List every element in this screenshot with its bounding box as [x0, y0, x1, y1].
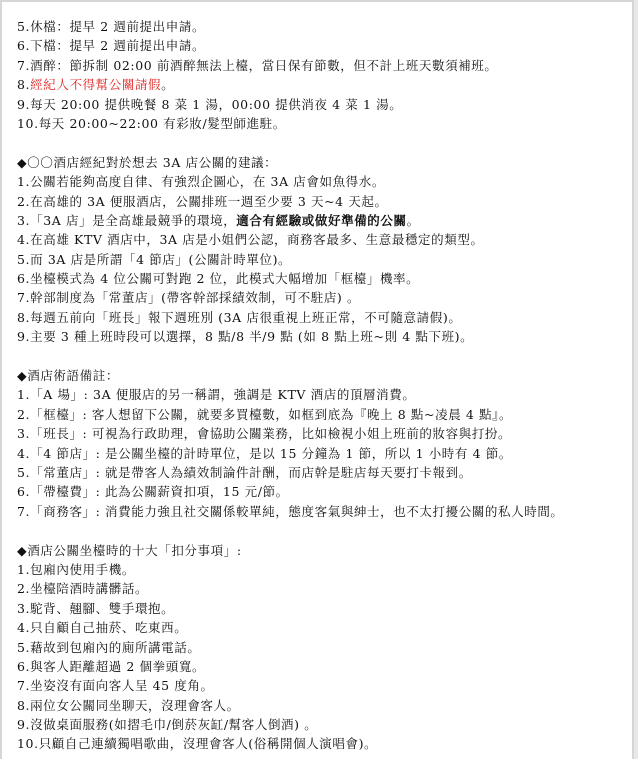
deduction-item-5: 5.藉故到包廂內的廁所講電話。 [17, 638, 627, 657]
item-number: 2. [17, 581, 30, 596]
rule-item-8: 8.經紀人不得幫公關請假。 [17, 75, 627, 94]
rule-item-10: 10.每天 20:00~22:00 有彩妝/髮型師進駐。 [17, 114, 627, 133]
item-number: 7. [17, 678, 30, 693]
item-number: 5. [17, 465, 30, 480]
item-number: 6. [17, 271, 30, 286]
item-number: 10. [17, 116, 39, 131]
item-number: 6. [17, 484, 30, 499]
rule-item-6: 6.下檔：提早 2 週前提出申請。 [17, 36, 627, 55]
item-text: 「4 節店」: 是公關坐檯的計時單位，是以 15 分鐘為 1 節，所以 1 小時… [30, 446, 512, 461]
item-number: 8. [17, 77, 30, 92]
term-item-5: 5.「常董店」: 就是帶客人為績效制論件計酬，而店幹是駐店每天要打卡報到。 [17, 463, 627, 482]
item-text: 坐檯陪酒時講髒話。 [30, 581, 148, 596]
item-text: 「商務客」: 消費能力強且社交關係較單純，態度客氣與紳士，也不太打擾公關的私人時… [30, 504, 563, 519]
item-text: 「框檯」: 客人想留下公關，就要多買檯數，如框到底為『晚上 8 點~凌晨 4 點… [30, 407, 512, 422]
item-number: 8. [17, 698, 30, 713]
document-page: 5.休檔：提早 2 週前提出申請。 6.下檔：提早 2 週前提出申請。 7.酒醉… [0, 0, 634, 759]
rule-item-9: 9.每天 20:00 提供晚餐 8 菜 1 湯，00:00 提供消夜 4 菜 1… [17, 95, 627, 114]
advice-item-4: 4.在高雄 KTV 酒店中，3A 店是小姐們公認，商務客最多、生意最穩定的類型。 [17, 230, 627, 249]
item-number: 6. [17, 38, 30, 53]
item-text: 包廂內使用手機。 [30, 562, 135, 577]
advice-item-2: 2.在高雄的 3A 便服酒店，公關排班一週至少要 3 天~4 天起。 [17, 192, 627, 211]
term-item-1: 1.「A 場」: 3A 便服店的另一稱謂，強調是 KTV 酒店的頂層消費。 [17, 385, 627, 404]
item-number: 4. [17, 446, 30, 461]
item-text: 兩位女公關同坐聊天，沒理會客人。 [30, 698, 240, 713]
term-item-2: 2.「框檯」: 客人想留下公關，就要多買檯數，如框到底為『晚上 8 點~凌晨 4… [17, 405, 627, 424]
deduction-item-10: 10.只顧自己連續獨唱歌曲，沒理會客人(俗稱開個人演唱會)。 [17, 734, 627, 753]
bold-emphasis-text: 適合有經驗或做好準備的公關 [236, 213, 406, 228]
highlighted-warning-text: 經紀人不得幫公關請假 [30, 77, 161, 92]
term-item-4: 4.「4 節店」: 是公關坐檯的計時單位，是以 15 分鐘為 1 節，所以 1 … [17, 444, 627, 463]
deduction-item-1: 1.包廂內使用手機。 [17, 560, 627, 579]
item-number: 5. [17, 640, 30, 655]
item-text: 酒醉：節拆制 02:00 前酒醉無法上檯，當日保有節數，但不計上班天數須補班。 [30, 58, 497, 73]
deduction-item-6: 6.與客人距離超過 2 個拳頭寬。 [17, 657, 627, 676]
item-text: 每週五前向「班長」報下週班別 (3A 店很重視上班正常，不可隨意請假)。 [30, 310, 461, 325]
deductions-section-heading: ◆酒店公關坐檯時的十大「扣分事項」: [17, 541, 627, 560]
deduction-item-4: 4.只自顧自己抽菸、吃東西。 [17, 618, 627, 637]
item-number: 5. [17, 19, 30, 34]
item-text: 每天 20:00 提供晚餐 8 菜 1 湯，00:00 提供消夜 4 菜 1 湯… [30, 97, 402, 112]
item-number: 3. [17, 213, 30, 228]
deduction-item-9: 9.沒做桌面服務(如摺毛巾/倒菸灰缸/幫客人倒酒) 。 [17, 715, 627, 734]
advice-item-3: 3.「3A 店」是全高雄最競爭的環境，適合有經驗或做好準備的公關。 [17, 211, 627, 230]
advice-item-1: 1.公關若能夠高度自律、有強烈企圖心，在 3A 店會如魚得水。 [17, 172, 627, 191]
item-text: 與客人距離超過 2 個拳頭寬。 [30, 659, 205, 674]
item-number: 1. [17, 562, 30, 577]
rule-item-5: 5.休檔：提早 2 週前提出申請。 [17, 17, 627, 36]
item-text: 只自顧自己抽菸、吃東西。 [30, 620, 187, 635]
item-text: 沒做桌面服務(如摺毛巾/倒菸灰缸/幫客人倒酒) 。 [30, 717, 317, 732]
item-text: 坐姿沒有面向客人呈 45 度角。 [30, 678, 213, 693]
terms-section-heading: ◆酒店術語備註： [17, 366, 627, 385]
item-number: 7. [17, 290, 30, 305]
item-text: 幹部制度為「常董店」(帶客幹部採績效制，可不駐店) 。 [30, 290, 360, 305]
item-number: 7. [17, 504, 30, 519]
advice-item-6: 6.坐檯模式為 4 位公關可對跑 2 位，此模式大幅增加「框檯」機率。 [17, 269, 627, 288]
rule-item-7: 7.酒醉：節拆制 02:00 前酒醉無法上檯，當日保有節數，但不計上班天數須補班… [17, 56, 627, 75]
item-number: 5. [17, 252, 30, 267]
item-text-tail: 。 [407, 213, 420, 228]
item-number: 8. [17, 310, 30, 325]
document-content: 5.休檔：提早 2 週前提出申請。 6.下檔：提早 2 週前提出申請。 7.酒醉… [17, 17, 627, 754]
advice-item-7: 7.幹部制度為「常董店」(帶客幹部採績效制，可不駐店) 。 [17, 288, 627, 307]
item-text: 公關若能夠高度自律、有強烈企圖心，在 3A 店會如魚得水。 [30, 174, 385, 189]
item-number: 1. [17, 174, 30, 189]
item-text: 駝背、翹腳、雙手環抱。 [30, 601, 174, 616]
item-text: 坐檯模式為 4 位公關可對跑 2 位，此模式大幅增加「框檯」機率。 [30, 271, 419, 286]
page-edge-shadow [634, 0, 638, 759]
item-number: 6. [17, 659, 30, 674]
item-text: 「帶檯費」: 此為公關薪資扣項，15 元/節。 [30, 484, 289, 499]
spacer [17, 347, 627, 366]
advice-item-8: 8.每週五前向「班長」報下週班別 (3A 店很重視上班正常，不可隨意請假)。 [17, 308, 627, 327]
item-text: 下檔：提早 2 週前提出申請。 [30, 38, 205, 53]
item-text: 「3A 店」是全高雄最競爭的環境， [30, 213, 236, 228]
item-text: 只顧自己連續獨唱歌曲，沒理會客人(俗稱開個人演唱會)。 [39, 736, 377, 751]
deduction-item-8: 8.兩位女公關同坐聊天，沒理會客人。 [17, 696, 627, 715]
item-text: 主要 3 種上班時段可以選擇，8 點/8 半/9 點 (如 8 點上班~則 4 … [30, 329, 473, 344]
term-item-6: 6.「帶檯費」: 此為公關薪資扣項，15 元/節。 [17, 482, 627, 501]
item-text: 休檔：提早 2 週前提出申請。 [30, 19, 205, 34]
item-number: 1. [17, 387, 30, 402]
deduction-item-2: 2.坐檯陪酒時講髒話。 [17, 579, 627, 598]
spacer [17, 133, 627, 152]
item-text: 在高雄的 3A 便服酒店，公關排班一週至少要 3 天~4 天起。 [30, 194, 387, 209]
deduction-item-3: 3.駝背、翹腳、雙手環抱。 [17, 599, 627, 618]
advice-item-5: 5.而 3A 店是所謂「4 節店」(公關計時單位)。 [17, 250, 627, 269]
deduction-item-7: 7.坐姿沒有面向客人呈 45 度角。 [17, 676, 627, 695]
item-number: 7. [17, 58, 30, 73]
item-text: 「常董店」: 就是帶客人為績效制論件計酬，而店幹是駐店每天要打卡報到。 [30, 465, 472, 480]
item-text: 「班長」: 可視為行政助理，會協助公關業務，比如檢視小姐上班前的妝容與打扮。 [30, 426, 511, 441]
item-number: 9. [17, 329, 30, 344]
item-number: 2. [17, 194, 30, 209]
item-text: 「A 場」: 3A 便服店的另一稱謂，強調是 KTV 酒店的頂層消費。 [30, 387, 415, 402]
item-text: 藉故到包廂內的廁所講電話。 [30, 640, 200, 655]
item-text-tail: 。 [161, 77, 174, 92]
item-number: 3. [17, 601, 30, 616]
item-number: 2. [17, 407, 30, 422]
term-item-7: 7.「商務客」: 消費能力強且社交關係較單純，態度客氣與紳士，也不太打擾公關的私… [17, 502, 627, 521]
spacer [17, 521, 627, 540]
item-number: 9. [17, 717, 30, 732]
item-text: 每天 20:00~22:00 有彩妝/髮型師進駐。 [39, 116, 286, 131]
item-number: 10. [17, 736, 39, 751]
item-text: 在高雄 KTV 酒店中，3A 店是小姐們公認，商務客最多、生意最穩定的類型。 [30, 232, 483, 247]
term-item-3: 3.「班長」: 可視為行政助理，會協助公關業務，比如檢視小姐上班前的妝容與打扮。 [17, 424, 627, 443]
item-text: 而 3A 店是所謂「4 節店」(公關計時單位)。 [30, 252, 291, 267]
item-number: 4. [17, 620, 30, 635]
item-number: 9. [17, 97, 30, 112]
advice-section-heading: ◆〇〇酒店經紀對於想去 3A 店公關的建議： [17, 153, 627, 172]
advice-item-9: 9.主要 3 種上班時段可以選擇，8 點/8 半/9 點 (如 8 點上班~則 … [17, 327, 627, 346]
item-number: 3. [17, 426, 30, 441]
item-number: 4. [17, 232, 30, 247]
